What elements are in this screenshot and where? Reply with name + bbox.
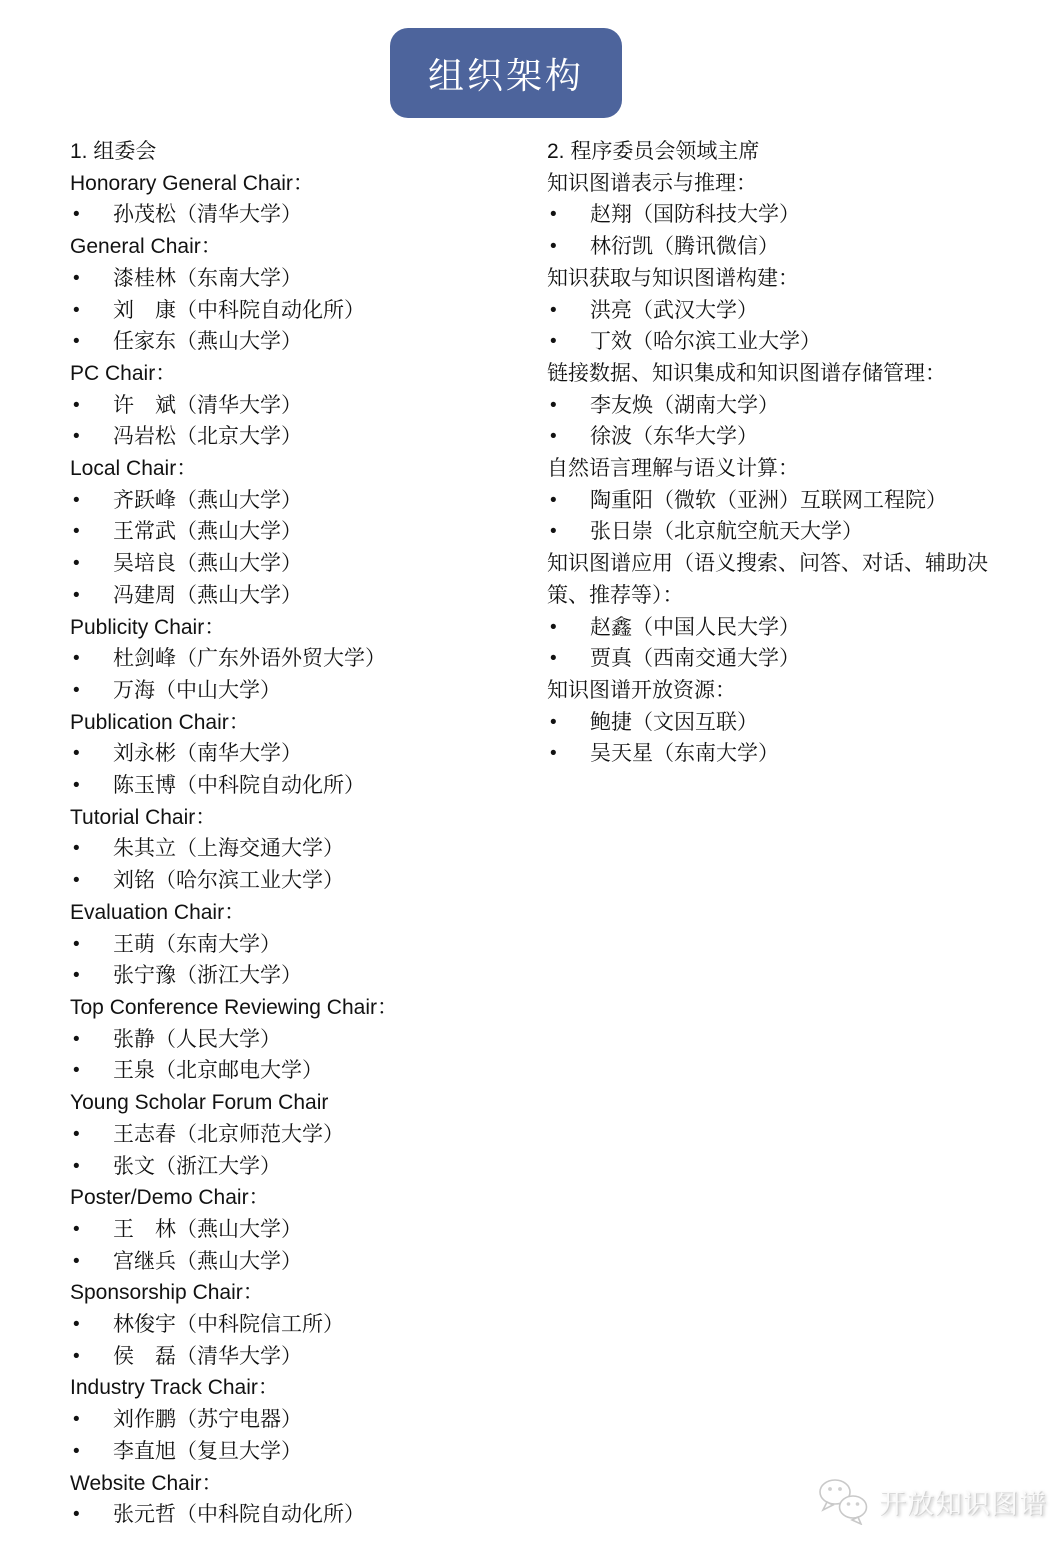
bullet-icon: •	[550, 231, 557, 263]
bullet-icon: •	[73, 1309, 80, 1341]
member-item: •朱其立（上海交通大学）	[70, 833, 530, 865]
bullet-icon: •	[73, 390, 80, 422]
member-name: 孙茂松（清华大学）	[113, 203, 302, 226]
member-item: •刘 康（中科院自动化所）	[70, 295, 530, 327]
member-item: •洪亮（武汉大学）	[547, 295, 997, 327]
bullet-icon: •	[550, 612, 557, 644]
bullet-icon: •	[73, 1246, 80, 1278]
bullet-icon: •	[73, 326, 80, 358]
member-name: 冯岩松（北京大学）	[113, 425, 302, 448]
section-label: 知识图谱开放资源：	[547, 675, 997, 707]
bullet-icon: •	[73, 675, 80, 707]
member-item: •宫继兵（燕山大学）	[70, 1246, 530, 1278]
member-name: 李直旭（复旦大学）	[113, 1440, 302, 1463]
section-label: Publicity Chair：	[70, 612, 530, 644]
section-label: Honorary General Chair：	[70, 168, 530, 200]
member-name: 王萌（东南大学）	[113, 933, 281, 956]
section-label: 自然语言理解与语义计算：	[547, 453, 997, 485]
bullet-icon: •	[73, 960, 80, 992]
member-name: 宫继兵（燕山大学）	[113, 1250, 302, 1273]
member-name: 洪亮（武汉大学）	[590, 299, 758, 322]
section-label: Young Scholar Forum Chair	[70, 1087, 530, 1119]
member-item: •张文（浙江大学）	[70, 1151, 530, 1183]
bullet-icon: •	[73, 421, 80, 453]
member-item: •赵翔（国防科技大学）	[547, 199, 997, 231]
bullet-icon: •	[73, 1404, 80, 1436]
member-item: •张元哲（中科院自动化所）	[70, 1499, 530, 1531]
member-name: 张日崇（北京航空航天大学）	[590, 520, 863, 543]
member-name: 许 斌（清华大学）	[113, 394, 302, 417]
member-name: 王常武（燕山大学）	[113, 520, 302, 543]
bullet-icon: •	[73, 1214, 80, 1246]
member-name: 王泉（北京邮电大学）	[113, 1059, 323, 1082]
section-label: Top Conference Reviewing Chair：	[70, 992, 530, 1024]
bullet-icon: •	[73, 1436, 80, 1468]
bullet-icon: •	[550, 295, 557, 327]
member-name: 赵鑫（中国人民大学）	[590, 616, 800, 639]
member-name: 刘作鹏（苏宁电器）	[113, 1408, 302, 1431]
bullet-icon: •	[73, 738, 80, 770]
member-name: 侯 磊（清华大学）	[113, 1345, 302, 1368]
member-name: 赵翔（国防科技大学）	[590, 203, 800, 226]
member-name: 李友焕（湖南大学）	[590, 394, 779, 417]
bullet-icon: •	[550, 516, 557, 548]
bullet-icon: •	[73, 1499, 80, 1531]
section-label: PC Chair：	[70, 358, 530, 390]
member-name: 张文（浙江大学）	[113, 1155, 281, 1178]
member-item: •杜剑峰（广东外语外贸大学）	[70, 643, 530, 675]
member-name: 鲍捷（文因互联）	[590, 711, 758, 734]
member-item: •王志春（北京师范大学）	[70, 1119, 530, 1151]
member-name: 陶重阳（微软（亚洲）互联网工程院）	[590, 489, 947, 512]
column-organizing-committee: 1. 组委会 Honorary General Chair：•孙茂松（清华大学）…	[70, 136, 530, 1531]
bullet-icon: •	[550, 199, 557, 231]
member-item: •侯 磊（清华大学）	[70, 1341, 530, 1373]
section-label: Sponsorship Chair：	[70, 1277, 530, 1309]
bullet-icon: •	[550, 421, 557, 453]
member-name: 王 林（燕山大学）	[113, 1218, 302, 1241]
bullet-icon: •	[73, 516, 80, 548]
bullet-icon: •	[73, 929, 80, 961]
bullet-icon: •	[73, 1119, 80, 1151]
bullet-icon: •	[550, 326, 557, 358]
bullet-icon: •	[73, 1024, 80, 1056]
member-item: •齐跃峰（燕山大学）	[70, 485, 530, 517]
member-name: 万海（中山大学）	[113, 679, 281, 702]
member-item: •张宁豫（浙江大学）	[70, 960, 530, 992]
section-label: Industry Track Chair：	[70, 1372, 530, 1404]
member-item: •陶重阳（微软（亚洲）互联网工程院）	[547, 485, 997, 517]
section-label: Tutorial Chair：	[70, 802, 530, 834]
member-item: •任家东（燕山大学）	[70, 326, 530, 358]
watermark: 开放知识图谱	[816, 1477, 1047, 1525]
bullet-icon: •	[550, 643, 557, 675]
bullet-icon: •	[73, 263, 80, 295]
member-name: 丁效（哈尔滨工业大学）	[590, 330, 821, 353]
member-name: 刘永彬（南华大学）	[113, 742, 302, 765]
column-heading-right: 2. 程序委员会领域主席	[547, 136, 997, 168]
member-item: •陈玉博（中科院自动化所）	[70, 770, 530, 802]
member-item: •张日崇（北京航空航天大学）	[547, 516, 997, 548]
member-name: 冯建周（燕山大学）	[113, 584, 302, 607]
section-label: 知识图谱应用（语义搜索、问答、对话、辅助决策、推荐等）：	[547, 548, 997, 611]
bullet-icon: •	[550, 390, 557, 422]
member-item: •王泉（北京邮电大学）	[70, 1055, 530, 1087]
bullet-icon: •	[550, 707, 557, 739]
document-page: 组织架构 1. 组委会 Honorary General Chair：•孙茂松（…	[0, 0, 1062, 1550]
member-name: 任家东（燕山大学）	[113, 330, 302, 353]
member-name: 张元哲（中科院自动化所）	[113, 1503, 365, 1526]
member-name: 齐跃峰（燕山大学）	[113, 489, 302, 512]
member-item: •李友焕（湖南大学）	[547, 390, 997, 422]
member-item: •冯岩松（北京大学）	[70, 421, 530, 453]
member-name: 刘 康（中科院自动化所）	[113, 299, 365, 322]
member-item: •王萌（东南大学）	[70, 929, 530, 961]
section-label: 知识图谱表示与推理：	[547, 168, 997, 200]
member-name: 贾真（西南交通大学）	[590, 647, 800, 670]
column-program-committee: 2. 程序委员会领域主席 知识图谱表示与推理：•赵翔（国防科技大学）•林衍凯（腾…	[547, 136, 997, 770]
section-label: Website Chair：	[70, 1468, 530, 1500]
member-item: •徐波（东华大学）	[547, 421, 997, 453]
bullet-icon: •	[73, 548, 80, 580]
bullet-icon: •	[550, 485, 557, 517]
page-title: 组织架构	[428, 48, 584, 99]
bullet-icon: •	[73, 1151, 80, 1183]
bullet-icon: •	[73, 643, 80, 675]
bullet-icon: •	[550, 738, 557, 770]
member-name: 刘铭（哈尔滨工业大学）	[113, 869, 344, 892]
member-item: •刘作鹏（苏宁电器）	[70, 1404, 530, 1436]
member-name: 王志春（北京师范大学）	[113, 1123, 344, 1146]
member-item: •冯建周（燕山大学）	[70, 580, 530, 612]
member-item: •林俊宇（中科院信工所）	[70, 1309, 530, 1341]
member-item: •漆桂林（东南大学）	[70, 263, 530, 295]
member-item: •李直旭（复旦大学）	[70, 1436, 530, 1468]
section-label: Poster/Demo Chair：	[70, 1182, 530, 1214]
bullet-icon: •	[73, 1055, 80, 1087]
member-item: •吴天星（东南大学）	[547, 738, 997, 770]
member-item: •鲍捷（文因互联）	[547, 707, 997, 739]
bullet-icon: •	[73, 1341, 80, 1373]
member-name: 杜剑峰（广东外语外贸大学）	[113, 647, 386, 670]
member-name: 张静（人民大学）	[113, 1028, 281, 1051]
section-label: General Chair：	[70, 231, 530, 263]
section-label: 知识获取与知识图谱构建：	[547, 263, 997, 295]
member-item: •贾真（西南交通大学）	[547, 643, 997, 675]
member-item: •孙茂松（清华大学）	[70, 199, 530, 231]
member-item: •王常武（燕山大学）	[70, 516, 530, 548]
member-item: •张静（人民大学）	[70, 1024, 530, 1056]
bullet-icon: •	[73, 770, 80, 802]
member-name: 漆桂林（东南大学）	[113, 267, 302, 290]
member-name: 吴培良（燕山大学）	[113, 552, 302, 575]
member-item: •王 林（燕山大学）	[70, 1214, 530, 1246]
wechat-icon	[816, 1477, 874, 1525]
member-name: 林衍凯（腾讯微信）	[590, 235, 779, 258]
section-label: Local Chair：	[70, 453, 530, 485]
member-item: •林衍凯（腾讯微信）	[547, 231, 997, 263]
member-name: 吴天星（东南大学）	[590, 742, 779, 765]
member-name: 张宁豫（浙江大学）	[113, 964, 302, 987]
member-name: 陈玉博（中科院自动化所）	[113, 774, 365, 797]
member-item: •刘铭（哈尔滨工业大学）	[70, 865, 530, 897]
member-item: •丁效（哈尔滨工业大学）	[547, 326, 997, 358]
bullet-icon: •	[73, 833, 80, 865]
member-name: 林俊宇（中科院信工所）	[113, 1313, 344, 1336]
section-label: 链接数据、知识集成和知识图谱存储管理：	[547, 358, 997, 390]
bullet-icon: •	[73, 199, 80, 231]
member-item: •许 斌（清华大学）	[70, 390, 530, 422]
member-item: •刘永彬（南华大学）	[70, 738, 530, 770]
bullet-icon: •	[73, 865, 80, 897]
member-name: 朱其立（上海交通大学）	[113, 837, 344, 860]
section-label: Evaluation Chair：	[70, 897, 530, 929]
column-heading-left: 1. 组委会	[70, 136, 530, 168]
member-item: •赵鑫（中国人民大学）	[547, 612, 997, 644]
bullet-icon: •	[73, 580, 80, 612]
title-badge: 组织架构	[390, 28, 622, 118]
member-item: •万海（中山大学）	[70, 675, 530, 707]
bullet-icon: •	[73, 295, 80, 327]
watermark-text: 开放知识图谱	[879, 1482, 1047, 1521]
member-name: 徐波（东华大学）	[590, 425, 758, 448]
bullet-icon: •	[73, 485, 80, 517]
member-item: •吴培良（燕山大学）	[70, 548, 530, 580]
section-label: Publication Chair：	[70, 707, 530, 739]
